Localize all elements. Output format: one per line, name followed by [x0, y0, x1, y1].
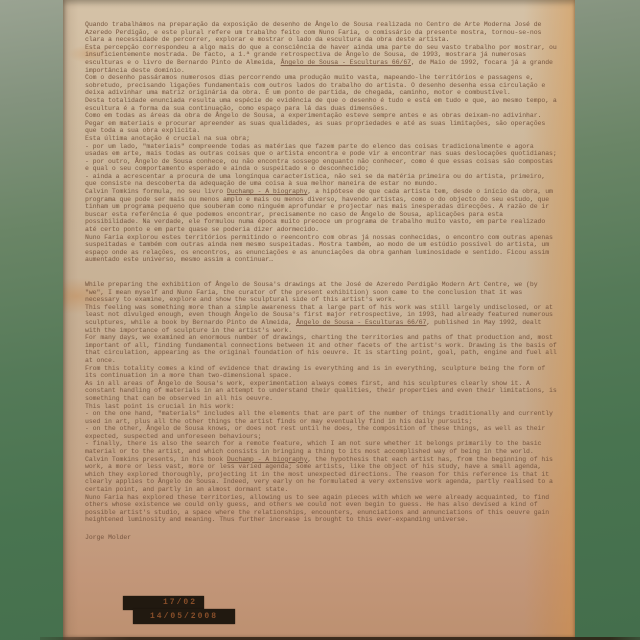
paragraph: This feeling was something more than a s…: [85, 304, 558, 334]
text-segment: - on the other, Ângelo de Sousa knows, o…: [85, 425, 545, 440]
date-stamp-day-label: 17/02: [163, 598, 197, 607]
date-stamp-day: 17/02: [123, 596, 204, 610]
paragraph: Nuno Faria has explored these territorie…: [85, 494, 558, 524]
portuguese-section: Quando trabalhámos na preparação da expo…: [85, 21, 558, 264]
text-segment: While preparing the exhibition of Ângelo…: [85, 281, 538, 303]
text-segment: Calvin Tomkins formula, no seu livro: [85, 188, 227, 195]
paragraph: Nuno Faria explorou estes territórios pe…: [85, 234, 558, 264]
paragraph: As in all areas of Ângelo de Sousa's wor…: [85, 380, 558, 403]
text-segment: Com o desenho passáramos numerosos dias …: [85, 74, 545, 96]
paragraph: - on the other, Ângelo de Sousa knows, o…: [85, 425, 558, 440]
text-segment: Quando trabalhámos na preparação da expo…: [85, 21, 541, 43]
text-segment: Calvin Tomkins presents, in his book: [85, 456, 227, 463]
text-segment: - por um lado, "materiais" compreende to…: [85, 143, 557, 158]
sections-container: Quando trabalhámos na preparação da expo…: [85, 21, 558, 524]
text-segment: As in all areas of Ângelo de Sousa's wor…: [85, 380, 557, 402]
text-segment: - on the one hand, "materials" includes …: [85, 410, 553, 425]
text-segment: - ainda a acrescentar a procura de uma l…: [85, 173, 545, 188]
document-text: Quando trabalhámos na preparação da expo…: [85, 21, 558, 542]
paragraph: Desta totalidade enunciada resulta uma e…: [85, 97, 558, 112]
text-segment: Nuno Faria has explored these territorie…: [85, 494, 549, 524]
underlined-title: Duchamp - A biography: [227, 456, 308, 463]
text-segment: Como em todas as áreas da obra de Ângelo…: [85, 112, 545, 134]
signature: Jorge Molder: [85, 534, 558, 542]
paragraph: - por um lado, "materiais" compreende to…: [85, 143, 558, 158]
paragraph: While preparing the exhibition of Ângelo…: [85, 281, 558, 304]
text-segment: For many days, we examined an enormous n…: [85, 334, 557, 364]
paragraph: Quando trabalhámos na preparação da expo…: [85, 21, 558, 44]
paragraph: This last point is crucial in his work:: [85, 403, 558, 411]
date-stamp-full-label: 14/05/2008: [150, 612, 218, 621]
text-segment: - por outro, Ângelo de Sousa conhece, ou…: [85, 158, 553, 173]
underlined-title: Ângelo de Sousa - Esculturas 66/67: [281, 59, 411, 66]
underlined-title: Ângelo de Sousa - Esculturas 66/67: [296, 319, 426, 326]
text-segment: Esta última anotação é crucial na sua ob…: [85, 135, 250, 142]
text-segment: This last point is crucial in his work:: [85, 403, 235, 410]
paragraph: Como em todas as áreas da obra de Ângelo…: [85, 112, 558, 135]
paragraph: - finally, there is also the search for …: [85, 440, 558, 455]
scanned-document-photo: { "page": { "backdrop_color": "#4a7350",…: [0, 0, 640, 640]
paragraph: Esta percepção correspondeu a algo mais …: [85, 44, 558, 74]
paragraph: - on the one hand, "materials" includes …: [85, 410, 558, 425]
text-segment: Nuno Faria explorou estes territórios pe…: [85, 234, 553, 264]
paragraph: Esta última anotação é crucial na sua ob…: [85, 135, 558, 143]
paragraph: - ainda a acrescentar a procura de uma l…: [85, 173, 558, 188]
paragraph: Com o desenho passáramos numerosos dias …: [85, 74, 558, 97]
text-segment: , a hipótese de que cada artista tem, de…: [85, 188, 553, 233]
date-stamp-full: 14/05/2008: [133, 609, 235, 624]
text-segment: Desta totalidade enunciada resulta uma e…: [85, 97, 557, 112]
paragraph: Calvin Tomkins formula, no seu livro Duc…: [85, 188, 558, 234]
paragraph: - por outro, Ângelo de Sousa conhece, ou…: [85, 158, 558, 173]
document-page: Quando trabalhámos na preparação da expo…: [63, 0, 575, 640]
text-segment: From this totality comes a kind of evide…: [85, 365, 545, 380]
underlined-title: Duchamp - A biography: [227, 188, 308, 195]
english-section: While preparing the exhibition of Ângelo…: [85, 281, 558, 524]
text-segment: - finally, there is also the search for …: [85, 440, 541, 455]
paragraph: Calvin Tomkins presents, in his book Duc…: [85, 456, 558, 494]
paragraph: From this totality comes a kind of evide…: [85, 365, 558, 380]
paragraph: For many days, we examined an enormous n…: [85, 334, 558, 364]
